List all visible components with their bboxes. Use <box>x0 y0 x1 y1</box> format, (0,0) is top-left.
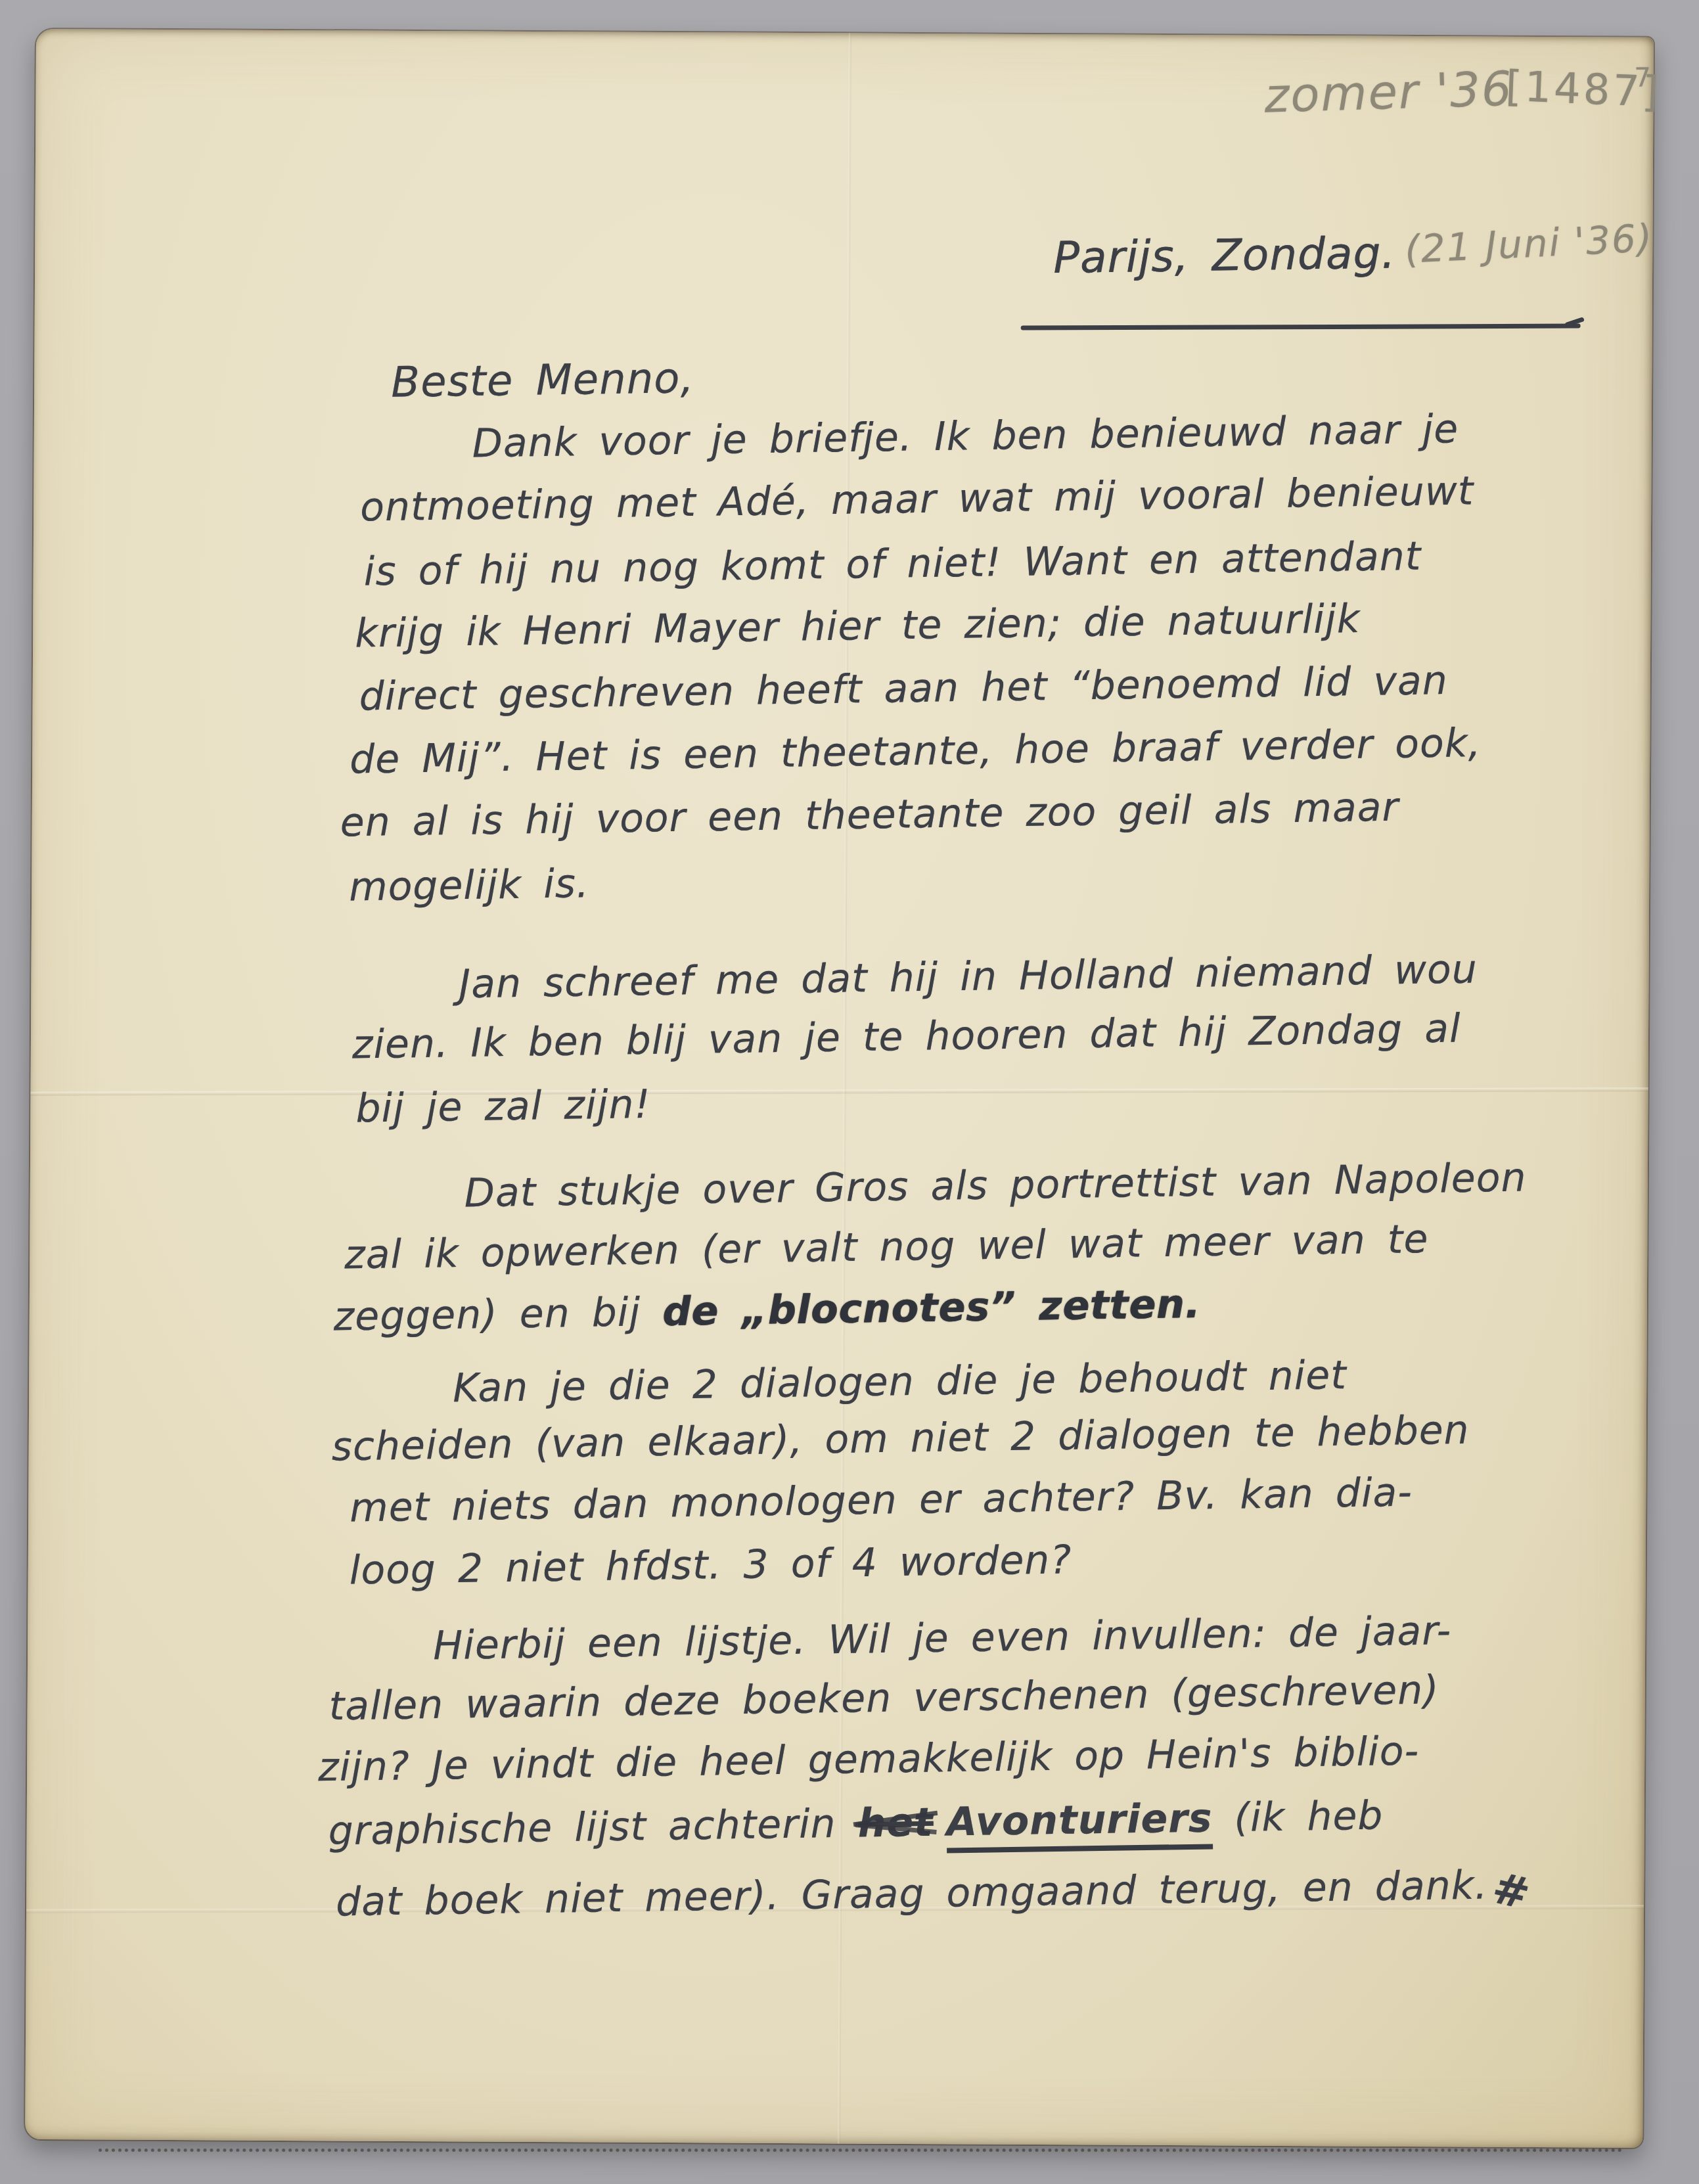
letter-line-text: tallen waarin deze boeken verschenen (ge… <box>328 1667 1439 1729</box>
letter-line: ontmoeting met Adé, maar wat mij vooral … <box>360 471 1474 527</box>
letter-line-text: is of hij nu nog komt of niet! Want en a… <box>363 534 1422 595</box>
letter-line-text: Beste Menno, <box>391 354 695 407</box>
fold-crease-horizontal-upper <box>31 1087 1648 1095</box>
letter-line: scheiden (van elkaar), om niet 2 dialoge… <box>331 1411 1470 1467</box>
letter-line-text: krijg ik Henri Mayer hier te zien; die n… <box>355 596 1361 657</box>
pencil-annotation-season-text: zomer '36 <box>1263 61 1514 124</box>
scan-edge-artifact <box>99 2149 1623 2152</box>
letter-line: zijn? Je vindt die heel gemakkelijk op H… <box>318 1731 1420 1787</box>
pencil-annotation-date: (21 Juni '36) <box>1404 219 1654 269</box>
dateline: Parijs, Zondag. <box>1053 231 1396 280</box>
letter-line: krijg ik Henri Mayer hier te zien; die n… <box>355 599 1361 654</box>
letter-line: Jan schreef me dat hij in Holland nieman… <box>459 949 1478 1004</box>
letter-line-text: direct geschreven heeft aan het “benoemd… <box>359 658 1448 720</box>
letter-line-text: zijn? Je vindt die heel gemakkelijk op H… <box>318 1728 1420 1790</box>
letter-line-text: dat boek niet meer). Graag omgaand terug… <box>336 1862 1488 1925</box>
letter-line: Dank voor je briefje. Ik ben benieuwd na… <box>472 409 1459 463</box>
letter-line-text: ontmoeting met Adé, maar wat mij vooral … <box>360 468 1474 530</box>
struck-out-word: het <box>857 1803 934 1844</box>
letter-line: is of hij nu nog komt of niet! Want en a… <box>363 537 1421 592</box>
letter-line-salutation: Beste Menno, <box>391 357 695 404</box>
letter-line-text: mogelijk is. <box>349 861 590 910</box>
letter-line-text: (ik heb <box>1212 1793 1384 1842</box>
letter-line: direct geschreven heeft aan het “benoemd… <box>359 661 1448 717</box>
letter-line-text: met niets dan monologen er achter? Bv. k… <box>350 1470 1413 1532</box>
letter-line-text: scheiden (van elkaar), om niet 2 dialoge… <box>331 1407 1470 1470</box>
letter-line-text: loog 2 niet hfdst. 3 of 4 worden? <box>349 1537 1072 1593</box>
letter-line-text: de Mij”. Het is een theetante, hoe braaf… <box>350 720 1482 783</box>
letter-line-text: Dat stukje over Gros als portrettist van… <box>464 1154 1527 1216</box>
letter-line-text: graphische lijst achterin <box>328 1800 858 1854</box>
dateline-underline <box>1021 324 1581 330</box>
letter-line-text: Kan je die 2 dialogen die je behoudt nie… <box>453 1352 1348 1411</box>
letter-line-blocnotes: zeggen) en bij de „blocnotes” zetten. <box>333 1285 1200 1337</box>
letter-line-closing: dat boek niet meer). Graag omgaand terug… <box>336 1861 1531 1922</box>
letter-line-text: zien. Ik ben blij van je te hooren dat h… <box>351 1006 1461 1068</box>
pencil-annotation-corner-digit-text: 7 <box>1634 62 1652 93</box>
pencil-annotation-corner-digit: 7 <box>1634 64 1652 91</box>
letter-line: Kan je die 2 dialogen die je behoudt nie… <box>453 1355 1347 1408</box>
letter-paper: zomer '36 [1487] 7 Parijs, Zondag. (21 J… <box>25 29 1654 2148</box>
letter-line: en al is hij voor een theetante zoo geil… <box>340 788 1399 843</box>
underlined-book-title: Avonturiers <box>946 1795 1213 1853</box>
letter-line: de Mij”. Het is een theetante, hoe braaf… <box>350 723 1482 780</box>
dateline-text: Parijs, Zondag. <box>1053 227 1396 283</box>
letter-line: loog 2 niet hfdst. 3 of 4 worden? <box>349 1540 1072 1590</box>
letter-line: bij je zal zijn! <box>355 1085 651 1129</box>
letter-line: tallen waarin deze boeken verschenen (ge… <box>328 1670 1439 1726</box>
letter-line-text: Jan schreef me dat hij in Holland nieman… <box>459 946 1478 1007</box>
scan-background: zomer '36 [1487] 7 Parijs, Zondag. (21 J… <box>0 0 1699 2184</box>
pencil-annotation-season: zomer '36 <box>1263 65 1513 120</box>
pencil-annotation-date-text: (21 Juni '36) <box>1404 216 1654 272</box>
letter-line-text: Dank voor je briefje. Ik ben benieuwd na… <box>472 406 1459 466</box>
letter-line: mogelijk is. <box>349 864 590 907</box>
letter-line: Dat stukje over Gros als portrettist van… <box>464 1158 1527 1213</box>
letter-line: met niets dan monologen er achter? Bv. k… <box>350 1473 1413 1528</box>
letter-line-text: en al is hij voor een theetante zoo geil… <box>340 785 1399 846</box>
letter-line: zien. Ik ben blij van je te hooren dat h… <box>351 1009 1461 1065</box>
letter-line-text: zal ik opwerken (er valt nog wel wat mee… <box>344 1216 1429 1278</box>
letter-line-text: bij je zal zijn! <box>355 1081 651 1132</box>
letter-line-text: zeggen) en bij <box>333 1289 662 1340</box>
blocnotes-emphasis-text: de „blocnotes” zetten. <box>662 1281 1201 1335</box>
letter-line-avonturiers: graphische lijst achterin hetAvonturiers… <box>328 1796 1384 1852</box>
letter-line: zal ik opwerken (er valt nog wel wat mee… <box>344 1219 1429 1275</box>
letter-line: Hierbij een lijstje. Wil je even invulle… <box>433 1611 1452 1666</box>
letter-line-text: Hierbij een lijstje. Wil je even invulle… <box>433 1608 1452 1669</box>
